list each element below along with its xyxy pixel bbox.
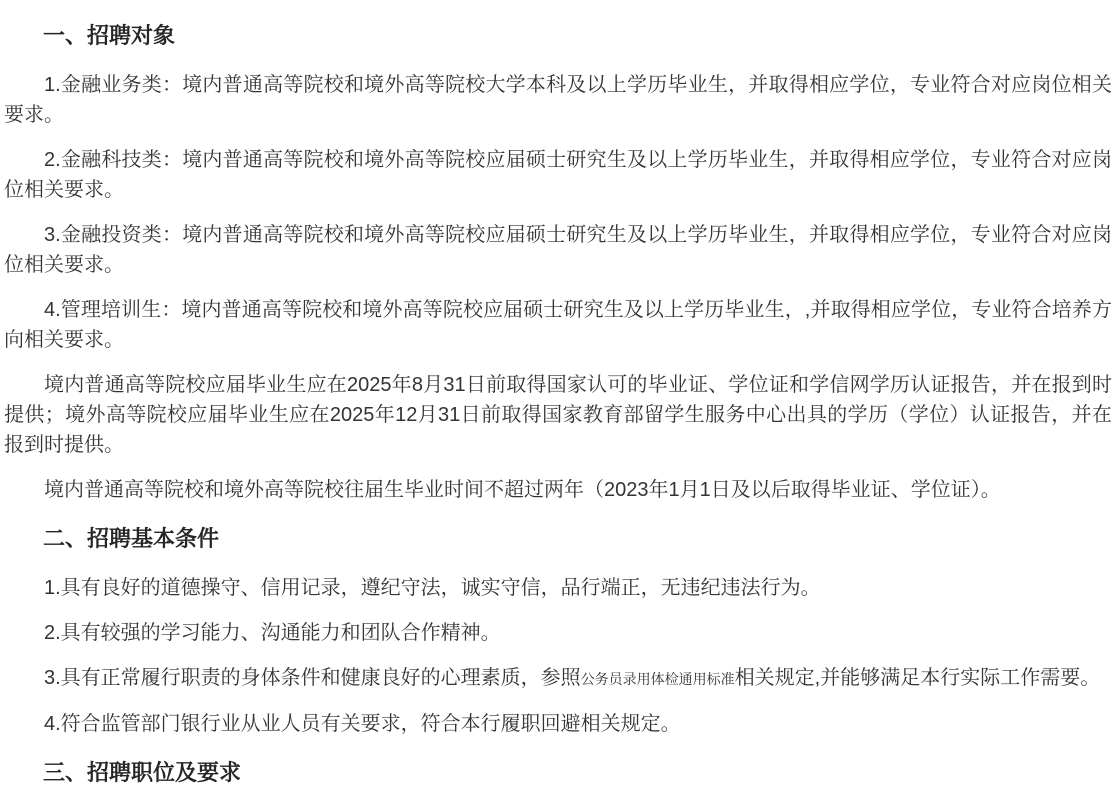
civil-servant-physical-exam-standard-small-text: 公务员录用体检通用标准 (581, 671, 735, 687)
condition-health-prefix: 3.具有正常履行职责的身体条件和健康良好的心理素质，参照 (44, 667, 581, 689)
paragraph-graduation-certificate-deadline: 境内普通高等院校应届毕业生应在2025年8月31日前取得国家认可的毕业证、学位证… (4, 370, 1112, 460)
condition-item-regulatory-compliance: 4.符合监管部门银行业从业人员有关要求，符合本行履职回避相关规定。 (4, 709, 1112, 739)
paragraph-previous-graduates-limit: 境内普通高等院校和境外高等院校往届生毕业时间不超过两年（2023年1月1日及以后… (4, 475, 1112, 505)
recruitment-notice-article: 一、招聘对象 1.金融业务类：境内普通高等院校和境外高等院校大学本科及以上学历毕… (0, 0, 1117, 789)
condition-item-moral-conduct: 1.具有良好的道德操守、信用记录，遵纪守法，诚实守信，品行端正，无违纪违法行为。 (4, 573, 1112, 603)
section-heading-basic-conditions: 二、招聘基本条件 (4, 523, 1112, 555)
section-heading-positions-and-requirements: 三、招聘职位及要求 (4, 757, 1112, 789)
paragraph-management-trainee: 4.管理培训生：境内普通高等院校和境外高等院校应届硕士研究生及以上学历毕业生，,… (4, 295, 1112, 355)
paragraph-financial-business: 1.金融业务类：境内普通高等院校和境外高等院校大学本科及以上学历毕业生，并取得相… (4, 70, 1112, 130)
section-heading-recruitment-targets: 一、招聘对象 (4, 20, 1112, 52)
paragraph-fintech: 2.金融科技类：境内普通高等院校和境外高等院校应届硕士研究生及以上学历毕业生，并… (4, 145, 1112, 205)
condition-item-health: 3.具有正常履行职责的身体条件和健康良好的心理素质，参照公务员录用体检通用标准相… (4, 663, 1112, 694)
condition-item-learning-ability: 2.具有较强的学习能力、沟通能力和团队合作精神。 (4, 618, 1112, 648)
condition-health-suffix: 相关规定,并能够满足本行实际工作需要。 (735, 667, 1101, 689)
paragraph-financial-investment: 3.金融投资类：境内普通高等院校和境外高等院校应届硕士研究生及以上学历毕业生，并… (4, 220, 1112, 280)
